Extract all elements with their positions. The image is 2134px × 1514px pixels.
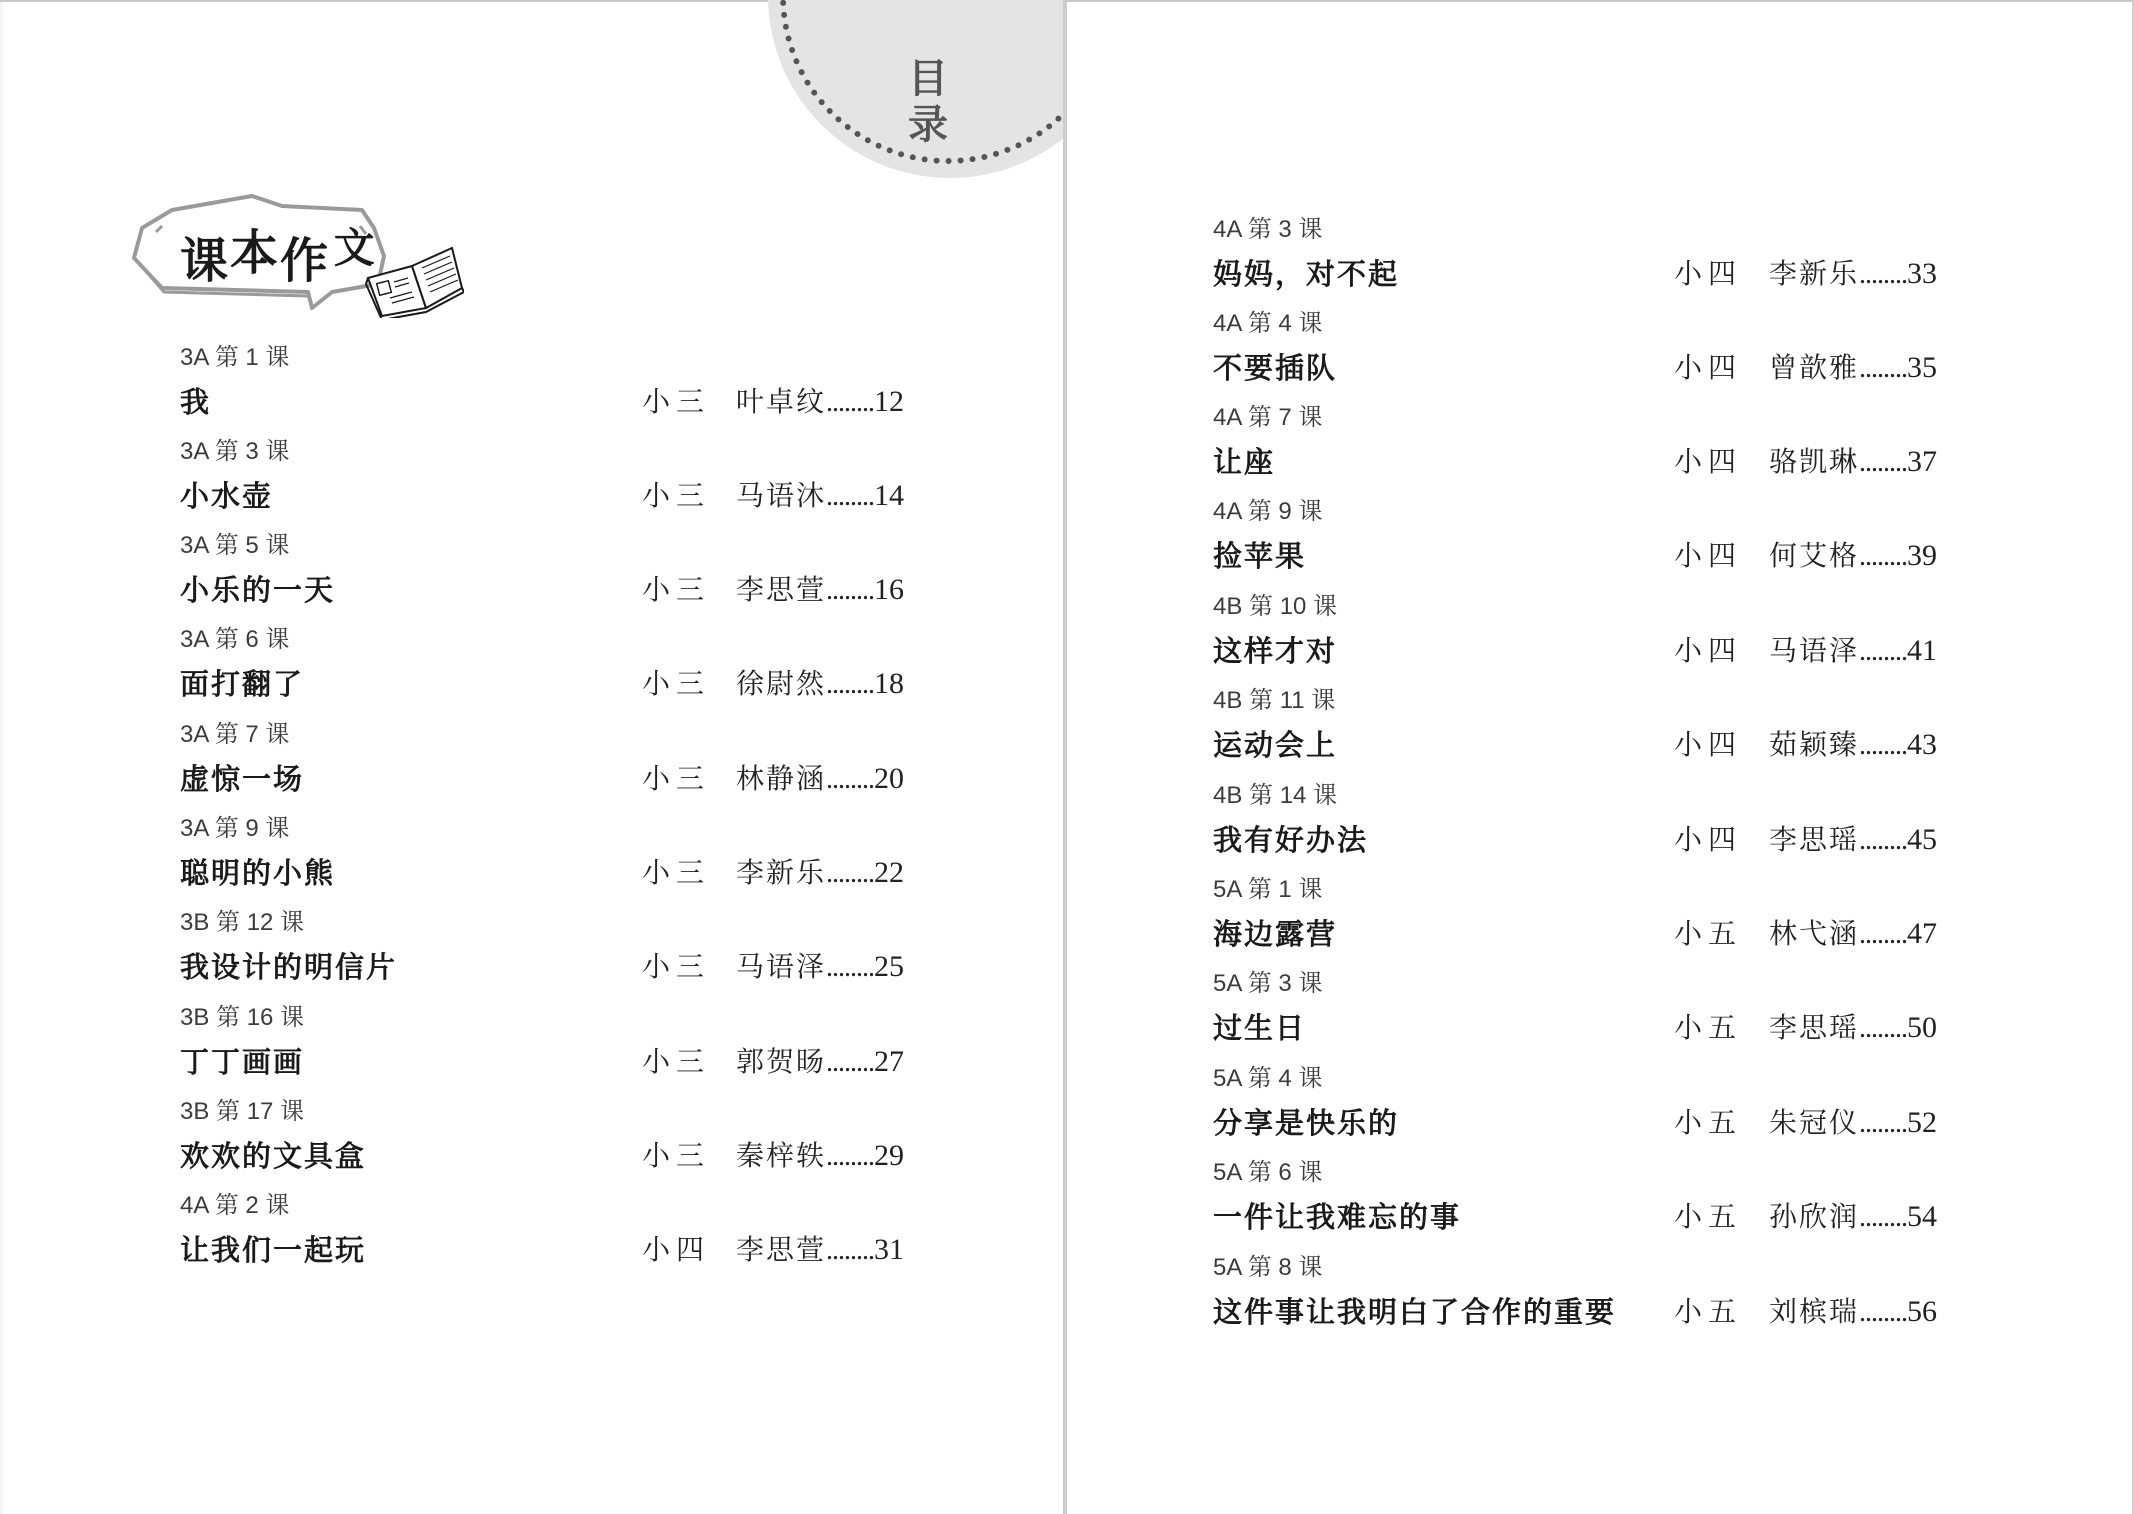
section-title-char: 课 [180, 222, 230, 291]
lesson-label: 3A 第 9 课 [180, 815, 289, 843]
leader-dots: ........ [1859, 541, 1907, 572]
page-number: 18 [874, 667, 904, 700]
author-page: 徐尉然........18 [736, 666, 904, 703]
author-page: 李思瑶........50 [1769, 1010, 1937, 1047]
page-number: 56 [1907, 1295, 1937, 1328]
essay-title: 我 [180, 384, 211, 420]
author-name: 马语沐 [736, 479, 826, 512]
author-page: 马语沐........14 [736, 478, 904, 515]
grade: 小五 [1674, 1294, 1742, 1330]
essay-title: 海边露营 [1213, 916, 1337, 952]
leader-dots: ........ [826, 952, 874, 983]
page-number: 43 [1907, 728, 1937, 761]
essay-title: 这样才对 [1213, 633, 1337, 669]
grade: 小三 [642, 478, 710, 514]
lesson-label: 4A 第 2 课 [180, 1192, 289, 1220]
author-page: 郭贺旸........27 [736, 1044, 904, 1081]
essay-title: 分享是快乐的 [1213, 1105, 1399, 1141]
author-name: 马语泽 [1769, 634, 1859, 667]
grade: 小三 [642, 666, 710, 702]
author-name: 林静涵 [736, 762, 826, 795]
essay-title: 运动会上 [1213, 727, 1337, 763]
author-name: 叶卓纹 [736, 385, 826, 418]
leader-dots: ........ [826, 669, 874, 700]
toc-entry[interactable]: 3A 第 9 课 聪明的小熊 小三 李新乐........22 [180, 815, 940, 909]
essay-title: 我有好办法 [1213, 822, 1368, 858]
author-name: 何艾格 [1769, 539, 1859, 572]
toc-entry[interactable]: 3A 第 1 课 我 小三 叶卓纹........12 [180, 344, 940, 438]
author-name: 李思萱 [736, 1233, 826, 1266]
author-name: 郭贺旸 [736, 1045, 826, 1078]
page-number: 45 [1907, 823, 1937, 856]
page-number: 14 [874, 479, 904, 512]
toc-entry[interactable]: 4A 第 3 课 妈妈，对不起 小四 李新乐........33 [1213, 216, 1973, 310]
page-number: 33 [1907, 257, 1937, 290]
author-page: 曾歆雅........35 [1769, 350, 1937, 387]
author-page: 马语泽........41 [1769, 633, 1937, 670]
lesson-label: 3B 第 17 课 [180, 1098, 304, 1126]
lesson-label: 5A 第 6 课 [1213, 1159, 1322, 1187]
leader-dots: ........ [1859, 1297, 1907, 1328]
essay-title: 让我们一起玩 [180, 1232, 366, 1268]
grade: 小五 [1674, 1199, 1742, 1235]
right-page: 4A 第 3 课 妈妈，对不起 小四 李新乐........33 4A 第 4 … [1067, 0, 2132, 1514]
leader-dots: ........ [1859, 259, 1907, 290]
page-number: 39 [1907, 539, 1937, 572]
leader-dots: ........ [1859, 730, 1907, 761]
page-number: 37 [1907, 445, 1937, 478]
page-number: 22 [874, 856, 904, 889]
page-number: 50 [1907, 1011, 1937, 1044]
section-title-char: 作 [280, 222, 330, 291]
toc-entry[interactable]: 4B 第 11 课 运动会上 小四 茹颖臻........43 [1213, 687, 1973, 781]
grade: 小三 [642, 384, 710, 420]
page-number: 25 [874, 950, 904, 983]
toc-entry[interactable]: 4B 第 14 课 我有好办法 小四 李思瑶........45 [1213, 782, 1973, 876]
lesson-label: 4B 第 14 课 [1213, 782, 1337, 810]
leader-dots: ........ [826, 1235, 874, 1266]
author-name: 李思瑶 [1769, 1011, 1859, 1044]
grade: 小四 [1674, 350, 1742, 386]
open-book-icon [364, 244, 464, 318]
author-page: 林弋涵........47 [1769, 916, 1937, 953]
author-name: 曾歆雅 [1769, 351, 1859, 384]
page-number: 47 [1907, 917, 1937, 950]
grade: 小四 [642, 1232, 710, 1268]
essay-title: 这件事让我明白了合作的重要 [1213, 1294, 1616, 1330]
essay-title: 面打翻了 [180, 666, 304, 702]
lesson-label: 4A 第 7 课 [1213, 404, 1322, 432]
lesson-label: 4A 第 3 课 [1213, 216, 1322, 244]
toc-entry[interactable]: 4A 第 4 课 不要插队 小四 曾歆雅........35 [1213, 310, 1973, 404]
lesson-label: 3B 第 12 课 [180, 909, 304, 937]
author-name: 李新乐 [1769, 257, 1859, 290]
leader-dots: ........ [1859, 1108, 1907, 1139]
leader-dots: ........ [1859, 447, 1907, 478]
author-page: 骆凯琳........37 [1769, 444, 1937, 481]
toc-entry[interactable]: 3A 第 3 课 小水壶 小三 马语沐........14 [180, 438, 940, 532]
toc-entry[interactable]: 5A 第 1 课 海边露营 小五 林弋涵........47 [1213, 876, 1973, 970]
essay-title: 让座 [1213, 444, 1275, 480]
lesson-label: 5A 第 8 课 [1213, 1254, 1322, 1282]
essay-title: 捡苹果 [1213, 538, 1306, 574]
leader-dots: ........ [826, 764, 874, 795]
author-name: 徐尉然 [736, 667, 826, 700]
essay-title: 过生日 [1213, 1010, 1306, 1046]
grade: 小四 [1674, 444, 1742, 480]
author-name: 刘槟瑞 [1769, 1295, 1859, 1328]
grade: 小三 [642, 761, 710, 797]
essay-title: 聪明的小熊 [180, 855, 335, 891]
lesson-label: 3A 第 7 课 [180, 721, 289, 749]
toc-entry[interactable]: 5A 第 8 课 这件事让我明白了合作的重要 小五 刘槟瑞........56 [1213, 1254, 1973, 1348]
toc-tab: 目录 [0, 0, 1063, 200]
section-title-char: 本 [230, 214, 280, 283]
toc-entry[interactable]: 3A 第 7 课 虚惊一场 小三 林静涵........20 [180, 721, 940, 815]
author-page: 李新乐........22 [736, 855, 904, 892]
grade: 小五 [1674, 1010, 1742, 1046]
leader-dots: ........ [1859, 919, 1907, 950]
author-page: 李思瑶........45 [1769, 822, 1937, 859]
author-name: 秦梓轶 [736, 1139, 826, 1172]
toc-entry[interactable]: 3A 第 5 课 小乐的一天 小三 李思萱........16 [180, 532, 940, 626]
lesson-label: 3A 第 1 课 [180, 344, 289, 372]
leader-dots: ........ [826, 387, 874, 418]
grade: 小四 [1674, 822, 1742, 858]
leader-dots: ........ [1859, 825, 1907, 856]
essay-title: 妈妈，对不起 [1213, 256, 1399, 292]
author-name: 李新乐 [736, 856, 826, 889]
author-name: 马语泽 [736, 950, 826, 983]
toc-entry[interactable]: 5A 第 4 课 分享是快乐的 小五 朱冠仪........52 [1213, 1065, 1973, 1159]
author-name: 李思瑶 [1769, 823, 1859, 856]
page-number: 20 [874, 762, 904, 795]
toc-entry[interactable]: 4A 第 7 课 让座 小四 骆凯琳........37 [1213, 404, 1973, 498]
page-number: 29 [874, 1139, 904, 1172]
leader-dots: ........ [826, 575, 874, 606]
author-name: 李思萱 [736, 573, 826, 606]
author-page: 李思萱........16 [736, 572, 904, 609]
toc-entry[interactable]: 3B 第 17 课 欢欢的文具盒 小三 秦梓轶........29 [180, 1098, 940, 1192]
lesson-label: 5A 第 3 课 [1213, 970, 1322, 998]
essay-title: 小水壶 [180, 478, 273, 514]
author-page: 朱冠仪........52 [1769, 1105, 1937, 1142]
author-page: 李新乐........33 [1769, 256, 1937, 293]
leader-dots: ........ [1859, 636, 1907, 667]
toc-entry[interactable]: 3B 第 16 课 丁丁画画 小三 郭贺旸........27 [180, 1004, 940, 1098]
essay-title: 欢欢的文具盒 [180, 1138, 366, 1174]
grade: 小四 [1674, 538, 1742, 574]
lesson-label: 4B 第 11 课 [1213, 687, 1335, 715]
page-number: 27 [874, 1045, 904, 1078]
grade: 小三 [642, 1138, 710, 1174]
lesson-label: 5A 第 1 课 [1213, 876, 1322, 904]
toc-entry[interactable]: 4A 第 9 课 捡苹果 小四 何艾格........39 [1213, 498, 1973, 592]
lesson-label: 3A 第 3 课 [180, 438, 289, 466]
lesson-label: 4B 第 10 课 [1213, 593, 1337, 621]
page-number: 41 [1907, 634, 1937, 667]
toc-entry[interactable]: 5A 第 3 课 过生日 小五 李思瑶........50 [1213, 970, 1973, 1064]
section-banner: 课本作文 [132, 188, 472, 328]
page-number: 31 [874, 1233, 904, 1266]
lesson-label: 4A 第 9 课 [1213, 498, 1322, 526]
grade: 小四 [1674, 633, 1742, 669]
essay-title: 虚惊一场 [180, 761, 304, 797]
essay-title: 我设计的明信片 [180, 949, 397, 985]
grade: 小三 [642, 949, 710, 985]
toc-entry[interactable]: 4A 第 2 课 让我们一起玩 小四 李思萱........31 [180, 1192, 940, 1286]
leader-dots: ........ [826, 481, 874, 512]
author-page: 叶卓纹........12 [736, 384, 904, 421]
author-name: 林弋涵 [1769, 917, 1859, 950]
grade: 小三 [642, 855, 710, 891]
toc-entry[interactable]: 3A 第 6 课 面打翻了 小三 徐尉然........18 [180, 626, 940, 720]
leader-dots: ........ [1859, 1202, 1907, 1233]
toc-entry[interactable]: 5A 第 6 课 一件让我难忘的事 小五 孙欣润........54 [1213, 1159, 1973, 1253]
essay-title: 不要插队 [1213, 350, 1337, 386]
lesson-label: 3A 第 6 课 [180, 626, 289, 654]
left-page: 目录 课本作文 3A 第 1 课 我 [0, 0, 1063, 1514]
page-number: 52 [1907, 1106, 1937, 1139]
toc-entry[interactable]: 4B 第 10 课 这样才对 小四 马语泽........41 [1213, 593, 1973, 687]
author-name: 骆凯琳 [1769, 445, 1859, 478]
essay-title: 丁丁画画 [180, 1044, 304, 1080]
author-page: 孙欣润........54 [1769, 1199, 1937, 1236]
author-page: 秦梓轶........29 [736, 1138, 904, 1175]
page-number: 12 [874, 385, 904, 418]
leader-dots: ........ [826, 1047, 874, 1078]
page-number: 16 [874, 573, 904, 606]
lesson-label: 5A 第 4 课 [1213, 1065, 1322, 1093]
page-number: 54 [1907, 1200, 1937, 1233]
author-page: 马语泽........25 [736, 949, 904, 986]
leader-dots: ........ [1859, 1013, 1907, 1044]
author-name: 茹颖臻 [1769, 728, 1859, 761]
lesson-label: 3A 第 5 课 [180, 532, 289, 560]
section-title: 课本作文 [180, 222, 380, 291]
leader-dots: ........ [826, 858, 874, 889]
author-page: 何艾格........39 [1769, 538, 1937, 575]
toc-tab-label: 目录 [906, 56, 950, 148]
author-name: 孙欣润 [1769, 1200, 1859, 1233]
toc-entry[interactable]: 3B 第 12 课 我设计的明信片 小三 马语泽........25 [180, 909, 940, 1003]
grade: 小四 [1674, 727, 1742, 763]
grade: 小五 [1674, 916, 1742, 952]
lesson-label: 4A 第 4 课 [1213, 310, 1322, 338]
author-page: 茹颖臻........43 [1769, 727, 1937, 764]
author-page: 李思萱........31 [736, 1232, 904, 1269]
grade: 小四 [1674, 256, 1742, 292]
author-page: 刘槟瑞........56 [1769, 1294, 1937, 1331]
lesson-label: 3B 第 16 课 [180, 1004, 304, 1032]
leader-dots: ........ [826, 1141, 874, 1172]
author-name: 朱冠仪 [1769, 1106, 1859, 1139]
essay-title: 一件让我难忘的事 [1213, 1199, 1461, 1235]
author-page: 林静涵........20 [736, 761, 904, 798]
grade: 小三 [642, 1044, 710, 1080]
grade: 小三 [642, 572, 710, 608]
grade: 小五 [1674, 1105, 1742, 1141]
essay-title: 小乐的一天 [180, 572, 335, 608]
leader-dots: ........ [1859, 353, 1907, 384]
page-number: 35 [1907, 351, 1937, 384]
